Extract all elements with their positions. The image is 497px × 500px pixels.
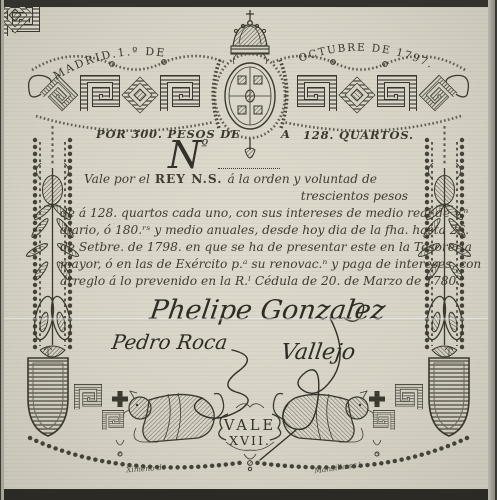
denomination-quartos: 128. QUARTOS. [303, 128, 414, 142]
place-date-right: OCTUBRE DE 1797. [297, 42, 436, 71]
body-line-1: Vale por elREY N.S.á la orden y voluntad… [60, 171, 446, 188]
royal-crown-icon [231, 10, 269, 54]
body-line1-post: á la orden y voluntad de [227, 172, 377, 186]
signature-pedro-roca: Pedro Roca [110, 330, 229, 354]
numero-ordinal: º [201, 136, 208, 154]
scan-edge-right [488, 0, 497, 500]
body-line-2: trescientos pesos [60, 188, 446, 205]
vale-label: VALE [214, 419, 286, 434]
scan-edge-top [0, 0, 497, 7]
body-line-4: diario, ó 180.ʳˢ y medio anuales, desde … [60, 222, 446, 239]
vale-roman-numeral: XVII. [214, 434, 286, 448]
body-text: Vale por elREY N.S.á la orden y voluntad… [60, 171, 446, 290]
paper-crease [2, 318, 489, 321]
denomination-a: A [281, 127, 291, 141]
serial-number-field: Nº [168, 136, 208, 172]
signature-vallejo: Vallejo [279, 340, 357, 365]
top-border-right [273, 56, 468, 131]
body-line1-pre: Vale por el [84, 172, 150, 186]
vale-number-block: VALE XVII. [214, 419, 286, 448]
scan-edge-left [0, 0, 4, 500]
bottom-center-pendant [244, 454, 256, 471]
body-line-5: de Setbre. de 1798. en que se ha de pres… [60, 239, 446, 256]
body-line-7: arreglo á lo prevenido en la R.ˡ Cédula … [60, 273, 446, 290]
scan-edge-bottom [0, 489, 497, 500]
lion-figure-icon [124, 391, 224, 442]
signature-phelipe-gonzalez: Phelipe Gonzalez [148, 295, 382, 326]
vale-real-document: MADRID.1.º DE OCTUBRE DE 1797. [0, 0, 497, 500]
body-line1-king: REY N.S. [155, 172, 223, 186]
lion-figure-icon [273, 391, 373, 442]
body-line-3: de á 128. quartos cada uno, con sus inte… [60, 205, 446, 222]
svg-text:OCTUBRE DE 1797.: OCTUBRE DE 1797. [297, 42, 436, 71]
top-border-left [29, 56, 224, 131]
royal-coat-of-arms [213, 54, 287, 158]
body-line-6: mayor, ó en las de Exército p.ᵃ su renov… [60, 256, 446, 273]
serial-number-blank [218, 168, 280, 169]
